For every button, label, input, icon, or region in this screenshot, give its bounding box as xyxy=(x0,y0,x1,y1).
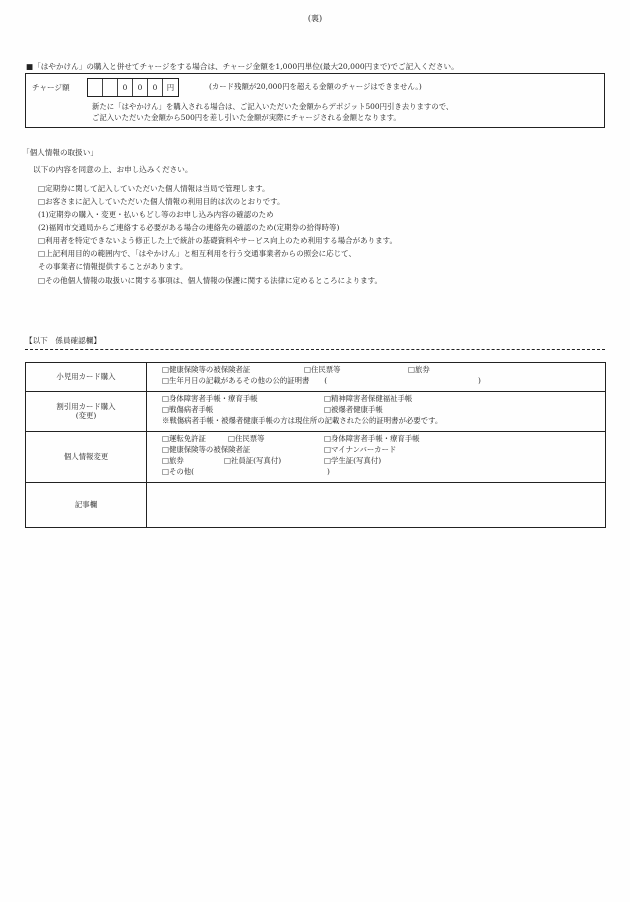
staff-confirmation-heading: 【以下 係員確認欄】 xyxy=(25,336,101,345)
row-options: □身体障害者手帳・療育手帳 □精神障害者保健福祉手帳 □戦傷病者手帳 □被爆者健… xyxy=(147,392,606,432)
row-label: 記事欄 xyxy=(26,483,147,528)
charge-digit-3: 0 xyxy=(118,79,133,96)
privacy-line: (1)定期券の購入・変更・払いもどし等のお申し込み内容の確認のため xyxy=(38,210,274,219)
charge-deposit-info-2: ご記入いただいた金額から500円を差し引いた金額が実際にチャージされる金額となり… xyxy=(92,114,401,123)
privacy-line: その事業者に情報提供することがあります。 xyxy=(38,262,187,271)
closing-paren: ) xyxy=(478,375,481,386)
row-options: □運転免許証 □住民票等 □身体障害者手帳・療育手帳 □健康保険等の被保険者証 … xyxy=(147,432,606,483)
row-label: 個人情報変更 xyxy=(26,432,147,483)
charge-digit-1[interactable] xyxy=(88,79,103,96)
row-label: 割引用カード購入(変更) xyxy=(26,392,147,432)
checkbox-option[interactable]: □社員証(写真付) xyxy=(224,455,281,466)
charge-digit-5: 0 xyxy=(148,79,163,96)
charge-digit-4: 0 xyxy=(133,79,148,96)
staff-confirmation-table: 小児用カード購入 □健康保険等の被保険者証 □住民票等 □旅券 □生年月日の記載… xyxy=(25,362,606,528)
checkbox-option[interactable]: □健康保険等の被保険者証 xyxy=(162,444,250,455)
checkbox-option[interactable]: □生年月日の記載があるその他の公的証明書 ( xyxy=(162,375,327,386)
checkbox-option[interactable]: □健康保険等の被保険者証 xyxy=(162,364,250,375)
checkbox-option[interactable]: □その他( xyxy=(162,466,194,477)
checkbox-option[interactable]: □マイナンバーカード xyxy=(324,444,396,455)
row-options: □健康保険等の被保険者証 □住民票等 □旅券 □生年月日の記載があるその他の公的… xyxy=(147,363,606,392)
privacy-line: □定期券に関して記入していただいた個人情報は当局で管理します。 xyxy=(38,184,269,193)
notes-field[interactable] xyxy=(147,483,606,528)
checkbox-option[interactable]: □精神障害者保健福祉手帳 xyxy=(324,393,412,404)
charge-limit-note: (カード残額が20,000円を超える金額のチャージはできません。) xyxy=(209,83,422,92)
charge-digit-2[interactable] xyxy=(103,79,118,96)
privacy-intro: 以下の内容を同意の上、お申し込みください。 xyxy=(33,165,192,174)
charge-yen-unit: 円 xyxy=(163,79,178,96)
table-row: 個人情報変更 □運転免許証 □住民票等 □身体障害者手帳・療育手帳 □健康保険等… xyxy=(26,432,606,483)
privacy-line: □お客さまに記入していただいた個人情報の利用目的は次のとおりです。 xyxy=(38,197,284,206)
checkbox-option[interactable]: □学生証(写真付) xyxy=(324,455,381,466)
charge-heading: ■「はやかけん」の購入と併せてチャージをする場合は、チャージ金額を1,000円単… xyxy=(26,62,459,71)
privacy-line: □その他個人情報の取扱いに関する事項は、個人情報の保護に関する法律に定めるところ… xyxy=(38,276,382,285)
checkbox-option[interactable]: □身体障害者手帳・療育手帳 xyxy=(162,393,258,404)
checkbox-option[interactable]: □運転免許証 xyxy=(162,433,206,444)
table-row: 小児用カード購入 □健康保険等の被保険者証 □住民票等 □旅券 □生年月日の記載… xyxy=(26,363,606,392)
closing-paren: ) xyxy=(327,466,330,477)
checkbox-option[interactable]: □被爆者健康手帳 xyxy=(324,404,383,415)
table-row: 記事欄 xyxy=(26,483,606,528)
checkbox-option[interactable]: □身体障害者手帳・療育手帳 xyxy=(324,433,420,444)
charge-box: チャージ額 0 0 0 円 (カード残額が20,000円を超える金額のチャージは… xyxy=(25,73,605,128)
checkbox-option[interactable]: □旅券 xyxy=(408,364,430,375)
charge-deposit-info-1: 新たに「はやかけん」を購入される場合は、ご記入いただいた金額からデポジット500… xyxy=(92,103,453,112)
note-text: ※戦傷病者手帳・被爆者健康手帳の方は現住所の記載された公的証明書が必要です。 xyxy=(162,415,442,426)
privacy-line: (2)福岡市交通局からご連絡する必要がある場合の連絡先の確認のため(定期券の拾得… xyxy=(38,223,339,232)
charge-amount-label: チャージ額 xyxy=(32,83,70,92)
dashed-divider xyxy=(25,349,605,350)
checkbox-option[interactable]: □住民票等 xyxy=(228,433,265,444)
privacy-title: 「個人情報の取扱い」 xyxy=(22,148,98,157)
row-label: 小児用カード購入 xyxy=(26,363,147,392)
table-row: 割引用カード購入(変更) □身体障害者手帳・療育手帳 □精神障害者保健福祉手帳 … xyxy=(26,392,606,432)
page-side-label: (裏) xyxy=(0,14,630,24)
checkbox-option[interactable]: □住民票等 xyxy=(304,364,341,375)
charge-amount-field[interactable]: 0 0 0 円 xyxy=(87,78,179,97)
checkbox-option[interactable]: □旅券 xyxy=(162,455,184,466)
privacy-line: □利用者を特定できないよう修正した上で統計の基礎資料やサービス向上のため利用する… xyxy=(38,236,397,245)
privacy-line: □上記利用目的の範囲内で、「はやかけん」と相互利用を行う交通事業者からの照会に応… xyxy=(38,249,356,258)
checkbox-option[interactable]: □戦傷病者手帳 xyxy=(162,404,213,415)
